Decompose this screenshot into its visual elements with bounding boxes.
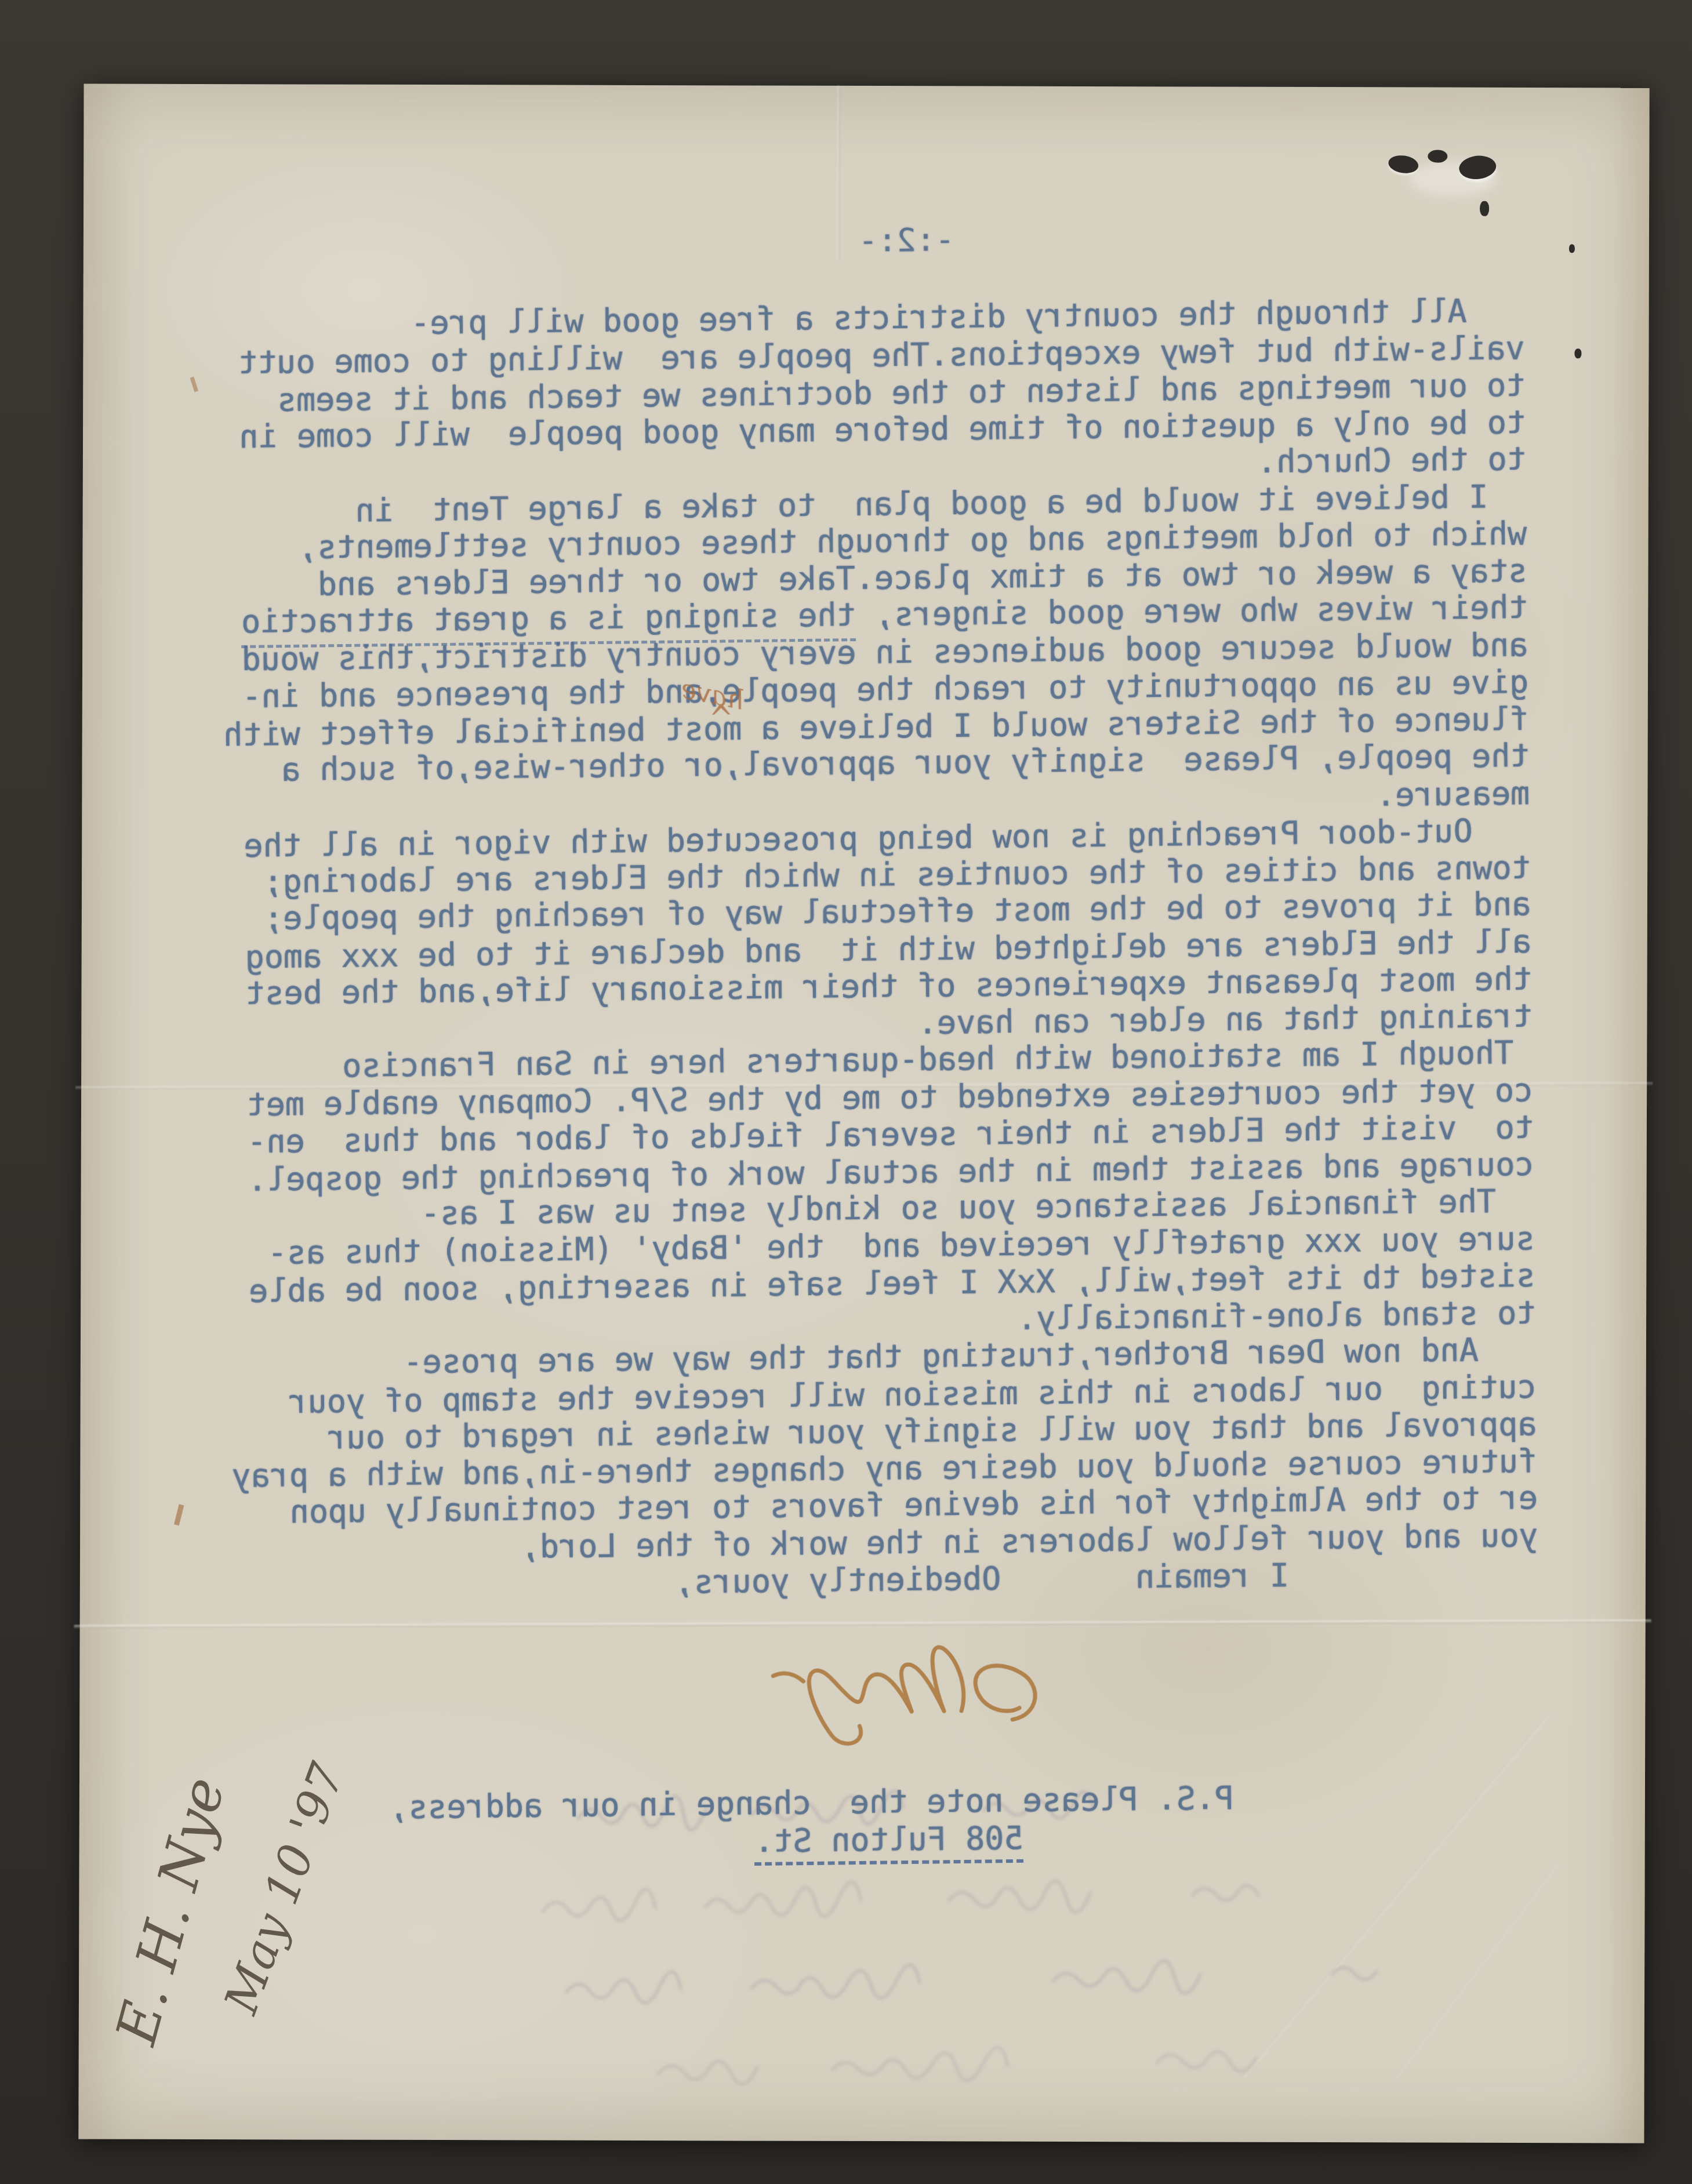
paper-tear — [1428, 150, 1447, 163]
letter-sheet: -:2:- All through the country districts … — [78, 83, 1649, 2143]
underlined-phrase: the singing is a great attractio — [241, 596, 856, 648]
postscript: P.S. Please note the change in our addre… — [190, 1776, 1542, 1866]
insertion-caret: ^ — [681, 704, 734, 733]
paper-tear — [1480, 201, 1489, 216]
handwritten-insertion: have ^ — [681, 682, 745, 731]
page-number: -:2:- — [172, 215, 1524, 267]
scan-background: -:2:- All through the country districts … — [0, 0, 1692, 2184]
signature-scrawl — [756, 1610, 1059, 1753]
bleedthrough-text-layer: -:2:- All through the country districts … — [172, 215, 1544, 2004]
letter-body: All through the country districts a free… — [173, 292, 1539, 1606]
paper-speck — [1569, 244, 1575, 253]
underlined-address: 508 Fulton St. — [754, 1819, 1023, 1866]
typed-line-segment: their wives who were good singers, — [855, 588, 1528, 633]
rust-fleck — [174, 1504, 184, 1525]
address-indent — [1023, 1814, 1542, 1856]
paper-speck — [1574, 348, 1581, 358]
